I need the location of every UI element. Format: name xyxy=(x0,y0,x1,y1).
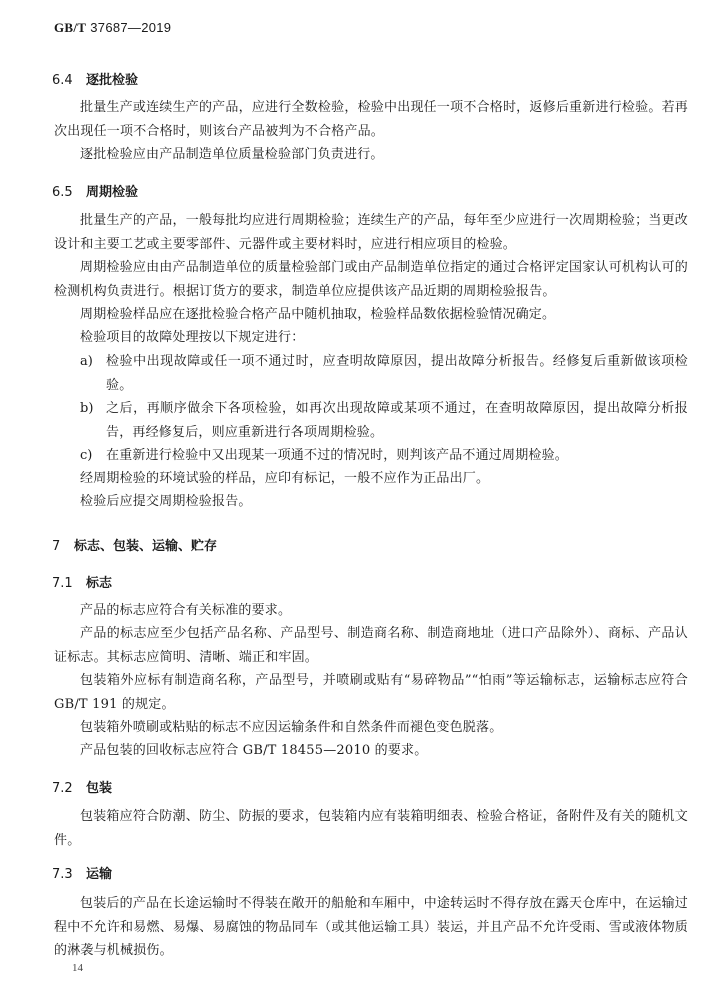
paragraph: 产品的标志应至少包括产品名称、产品型号、制造商名称、制造商地址（进口产品除外）、… xyxy=(54,622,688,669)
list-item-b: b) 之后，再顺序做余下各项检验，如再次出现故障或某项不通过，在查明故障原因，提… xyxy=(80,397,688,444)
paragraph: 周期检验样品应在逐批检验合格产品中随机抽取，检验样品数依据检验情况确定。 xyxy=(54,303,688,327)
paragraph: 逐批检验应由产品制造单位质量检验部门负责进行。 xyxy=(54,143,688,167)
paragraph: 批量生产或连续生产的产品，应进行全数检验，检验中出现任一项不合格时，返修后重新进… xyxy=(54,96,688,143)
paragraph: 产品包装的回收标志应符合 GB/T 18455—2010 的要求。 xyxy=(54,739,688,763)
standard-header: GB/T37687—2019 xyxy=(54,20,171,36)
list-item-a: a) 检验中出现故障或任一项不通过时，应查明故障原因，提出故障分析报告。经修复后… xyxy=(80,350,688,397)
paragraph: 批量生产的产品，一般每批均应进行周期检验；连续生产的产品，每年至少应进行一次周期… xyxy=(54,209,688,256)
paragraph: 检验后应提交周期检验报告。 xyxy=(54,490,688,514)
section-heading-7-2: 7.2包装 xyxy=(52,777,112,796)
document-page: GB/T37687—2019 6.4逐批检验 批量生产或连续生产的产品，应进行全… xyxy=(0,0,722,1004)
standard-number: 37687—2019 xyxy=(90,20,171,35)
paragraph: 周期检验应由由产品制造单位的质量检验部门或由产品制造单位指定的通过合格评定国家认… xyxy=(54,256,688,303)
section-heading-7-3: 7.3运输 xyxy=(52,863,112,882)
paragraph: 包装箱应符合防潮、防尘、防振的要求，包装箱内应有装箱明细表、检验合格证，备附件及… xyxy=(54,805,688,852)
section-heading-6-4: 6.4逐批检验 xyxy=(52,69,138,88)
paragraph: 经周期检验的环境试验的样品，应印有标记，一般不应作为正品出厂。 xyxy=(54,467,688,491)
paragraph: 产品的标志应符合有关标准的要求。 xyxy=(54,599,688,623)
standard-prefix: GB/T xyxy=(54,20,86,35)
section-heading-6-5: 6.5周期检验 xyxy=(52,181,138,200)
paragraph: 包装箱外喷刷或粘贴的标志不应因运输条件和自然条件而褪色变色脱落。 xyxy=(54,716,688,740)
section-heading-7-1: 7.1标志 xyxy=(52,572,112,591)
section-heading-7: 7标志、包装、运输、贮存 xyxy=(52,535,217,554)
paragraph: 包装后的产品在长途运输时不得装在敞开的船舱和车厢中，中途转运时不得存放在露天仓库… xyxy=(54,892,688,963)
page-number: 14 xyxy=(72,962,83,974)
paragraph: 检验项目的故障处理按以下规定进行： xyxy=(54,326,688,350)
paragraph: 包装箱外应标有制造商名称，产品型号，并喷刷或贴有“易碎物品”“怕雨”等运输标志，… xyxy=(54,669,688,716)
list-item-c: c) 在重新进行检验中又出现某一项通不过的情况时，则判该产品不通过周期检验。 xyxy=(80,444,688,468)
